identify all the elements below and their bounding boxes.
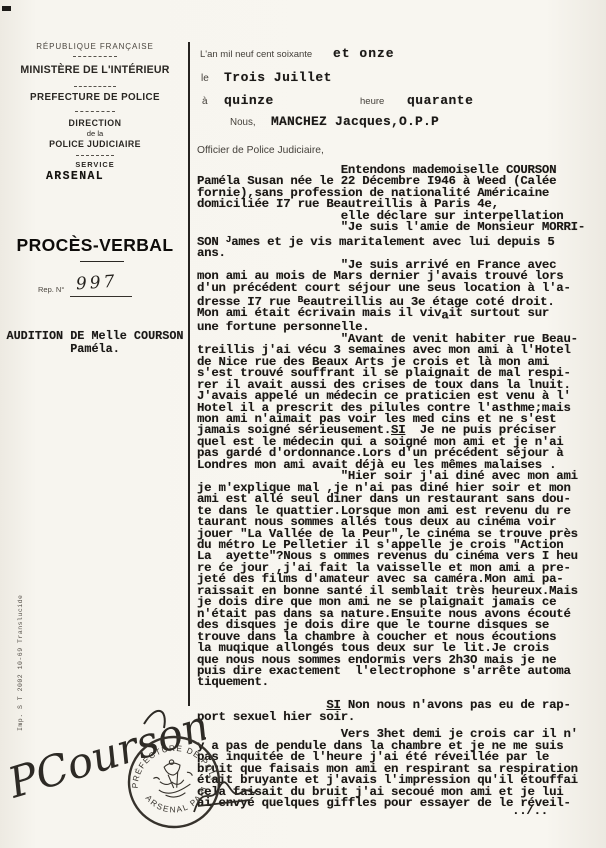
- direction-heading: DIRECTION: [0, 118, 190, 128]
- ministry-heading: MINISTÈRE DE L'INTÉRIEUR: [0, 64, 190, 76]
- divider-rule: [76, 155, 114, 156]
- year-printed-label: L'an mil neuf cent soixante: [200, 49, 312, 60]
- day-label: le: [201, 73, 209, 84]
- divider-rule: [74, 86, 116, 87]
- scribble-path: [194, 782, 256, 812]
- proces-verbal-document: RÉPUBLIQUE FRANÇAISE MINISTÈRE DE L'INTÉ…: [0, 0, 606, 848]
- direction-dela: de la: [0, 129, 190, 138]
- day-typed-value: Trois Juillet: [224, 70, 332, 85]
- officer-name-typed: MANCHEZ Jacques,O.P.P: [271, 114, 439, 129]
- body-line: "Je suis l'amie de Monsieur MORRI-: [197, 222, 606, 233]
- scan-speck: [2, 6, 11, 11]
- body-line: SON James et je vis maritalement avec lu…: [197, 234, 606, 248]
- body-lines: Entendons mademoiselle COURSONPaméla Sus…: [197, 165, 606, 809]
- rep-number-underline: [70, 296, 132, 297]
- service-label: SERVICE: [0, 160, 190, 169]
- body-line: port sexuel hier soir.: [197, 712, 606, 723]
- service-name: ARSENAL: [46, 170, 104, 183]
- police-judiciaire-heading: POLICE JUDICIAIRE: [0, 139, 190, 149]
- heure-word: heure: [360, 96, 384, 107]
- body-line: d'un précédent court séjour une seus loc…: [197, 283, 606, 294]
- prefecture-heading: PREFECTURE DE POLICE: [0, 92, 190, 103]
- rep-number-handwritten: 997: [75, 272, 118, 295]
- audition-title: AUDITION DE Melle COURSONPaméla.: [2, 330, 188, 355]
- statement-body: Entendons mademoiselle COURSONPaméla Sus…: [197, 165, 606, 818]
- body-line: tiquement.: [197, 677, 606, 688]
- rep-number-label: Rep. N°: [38, 285, 64, 294]
- year-typed-value: et onze: [333, 46, 395, 61]
- we-label: Nous,: [230, 117, 256, 128]
- republic-heading: RÉPUBLIQUE FRANÇAISE: [0, 42, 190, 51]
- hour-typed-value: quinze: [224, 93, 274, 108]
- column-divider-line: [188, 42, 190, 706]
- minute-typed-value: quarante: [407, 93, 473, 108]
- audition-line2: Paméla.: [70, 342, 120, 356]
- stamp-emblem: [151, 758, 194, 800]
- title-underline: [80, 261, 124, 262]
- officer-initials-scribble: [190, 762, 260, 822]
- proces-verbal-title: PROCÈS-VERBAL: [0, 235, 190, 256]
- hour-label: à: [202, 96, 208, 107]
- divider-rule: [75, 111, 115, 112]
- divider-rule: [73, 56, 117, 57]
- officer-title-printed: Officier de Police Judiciaire,: [197, 145, 324, 156]
